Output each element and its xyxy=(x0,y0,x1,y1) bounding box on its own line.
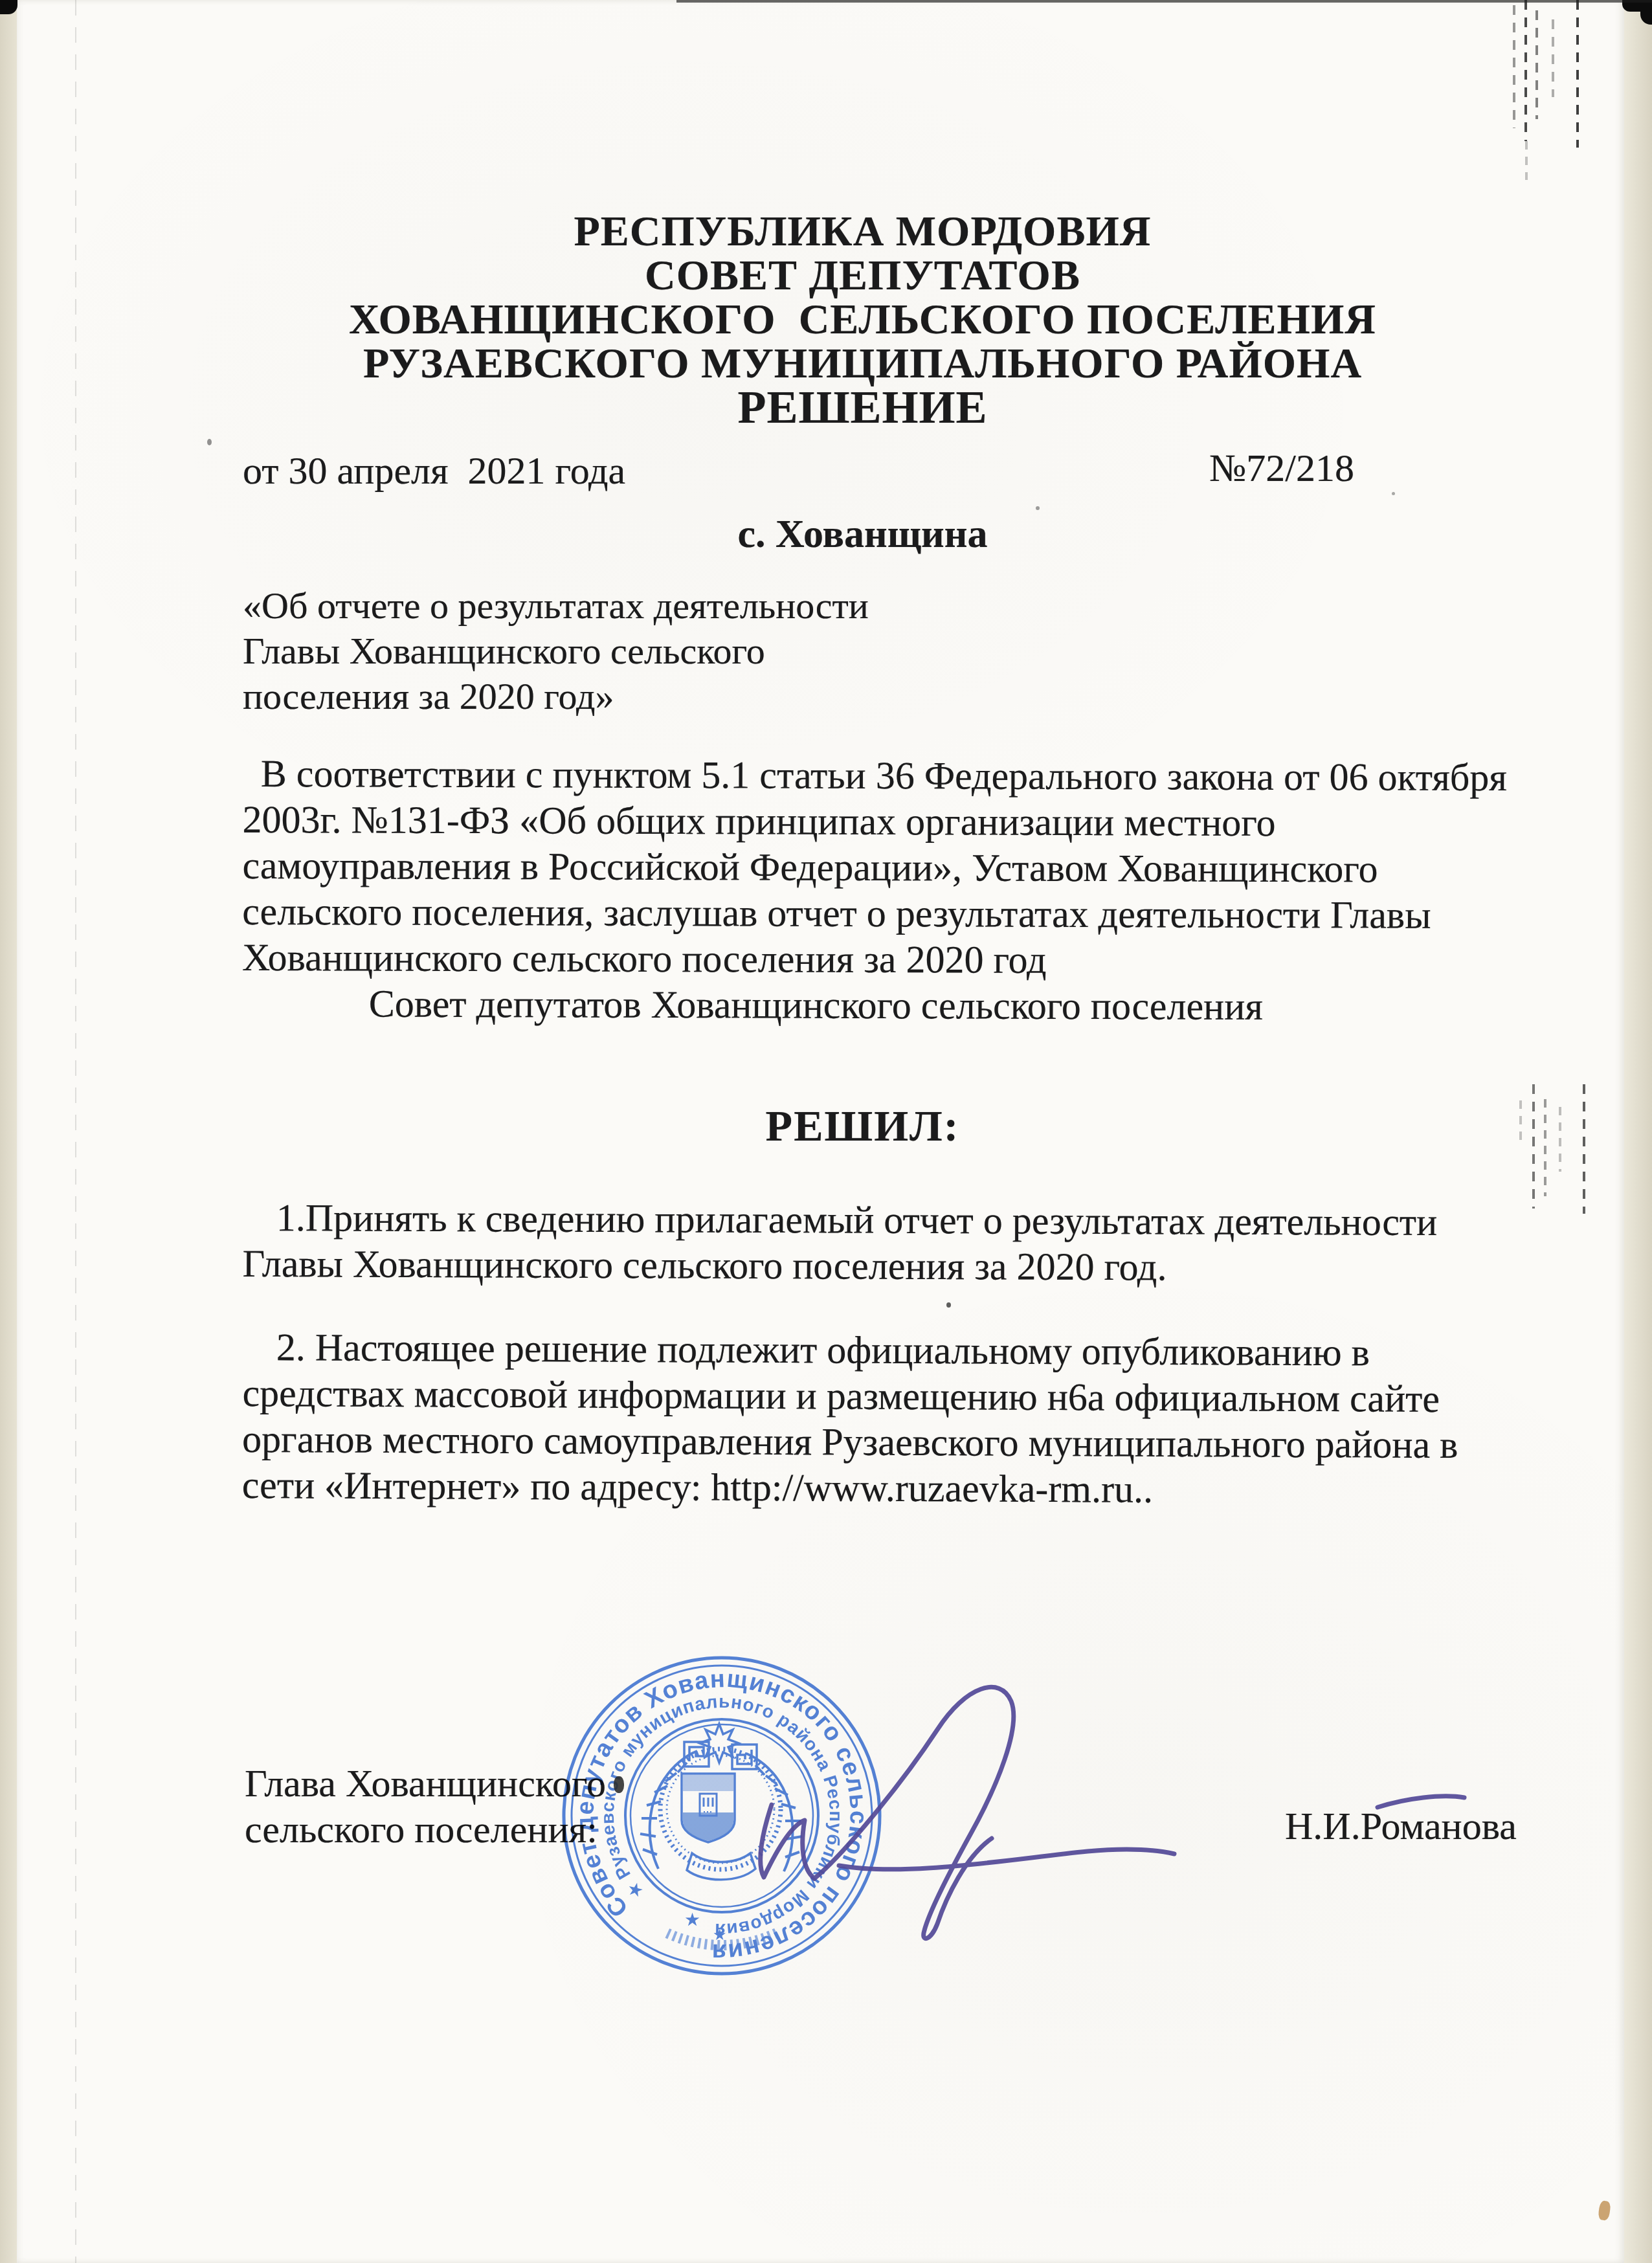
item2-line: органов местного самоуправления Рузаевск… xyxy=(242,1416,1458,1468)
scan-streak xyxy=(1525,141,1528,180)
scan-top-edge-line xyxy=(676,0,1652,3)
item2-line: 2. Настоящее решение подлежит официально… xyxy=(276,1324,1370,1376)
preamble-line: Хованщинского сельского поселения за 202… xyxy=(242,935,1047,983)
scan-streak xyxy=(1532,1084,1535,1209)
scan-streak xyxy=(1513,5,1515,128)
item1-line: Главы Хованщинского сельского поселения … xyxy=(242,1241,1166,1290)
signoff-line: Глава Хованщинского xyxy=(245,1761,606,1807)
letterhead-line: СОВЕТ ДЕПУТАТОВ xyxy=(243,251,1482,300)
preamble-line: 2003г. №131-ФЗ «Об общих принципах орган… xyxy=(243,797,1276,846)
document-content: РЕСПУБЛИКА МОРДОВИЯ СОВЕТ ДЕПУТАТОВ ХОВА… xyxy=(0,0,1652,2263)
subject-line: Главы Хованщинского сельского xyxy=(243,629,765,673)
item2-line: средствах массовой информации и размещен… xyxy=(242,1370,1440,1422)
scan-streak xyxy=(1559,1107,1561,1172)
scanned-document-page: { "document": { "header_lines": [ "РЕСПУ… xyxy=(0,0,1652,2263)
subject-line: «Об отчете о результатах деятельности xyxy=(243,584,869,627)
scan-streak xyxy=(1544,1099,1546,1196)
scan-streak xyxy=(1552,19,1554,97)
scan-streak xyxy=(1576,0,1579,148)
date-line: от 30 апреля 2021 года xyxy=(243,448,625,494)
place-line: с. Хованщина xyxy=(243,511,1482,557)
scan-speck xyxy=(207,439,212,445)
resolved-heading: РЕШИЛ: xyxy=(243,1100,1482,1152)
preamble-line: самоуправления в Российской Федерации», … xyxy=(242,843,1378,893)
scan-speck xyxy=(1392,492,1395,495)
letterhead-line: РЕСПУБЛИКА МОРДОВИЯ xyxy=(243,207,1482,256)
preamble-line: Совет депутатов Хованщинского сельского … xyxy=(369,981,1263,1030)
scan-scratch-line xyxy=(75,0,76,2263)
item1-line: 1.Принять к сведению прилагаемый отчет о… xyxy=(276,1195,1438,1245)
scan-speck xyxy=(946,1302,951,1308)
scan-streak xyxy=(1519,1100,1522,1146)
subject-line: поселения за 2020 год» xyxy=(243,674,614,718)
preamble-line: В соответствии с пунктом 5.1 статьи 36 Ф… xyxy=(261,751,1507,801)
scan-speck xyxy=(1036,506,1040,510)
scan-streak xyxy=(1524,0,1527,141)
preamble-line: сельского поселения, заслушав отчет о ре… xyxy=(242,889,1431,939)
signoff-line: сельского поселения: xyxy=(245,1807,597,1853)
scan-streak xyxy=(1583,1084,1585,1214)
item2-line: сети «Интернет» по адресу: http://www.ru… xyxy=(242,1462,1154,1513)
doc-type-heading: РЕШЕНИЕ xyxy=(243,381,1482,434)
doc-number: №72/218 xyxy=(1209,445,1354,491)
signatory-name: Н.И.Романова xyxy=(1285,1803,1517,1849)
ink-blob xyxy=(614,1776,624,1793)
letterhead-line: ХОВАНЩИНСКОГО СЕЛЬСКОГО ПОСЕЛЕНИЯ xyxy=(243,295,1482,344)
scan-streak xyxy=(1535,10,1538,119)
